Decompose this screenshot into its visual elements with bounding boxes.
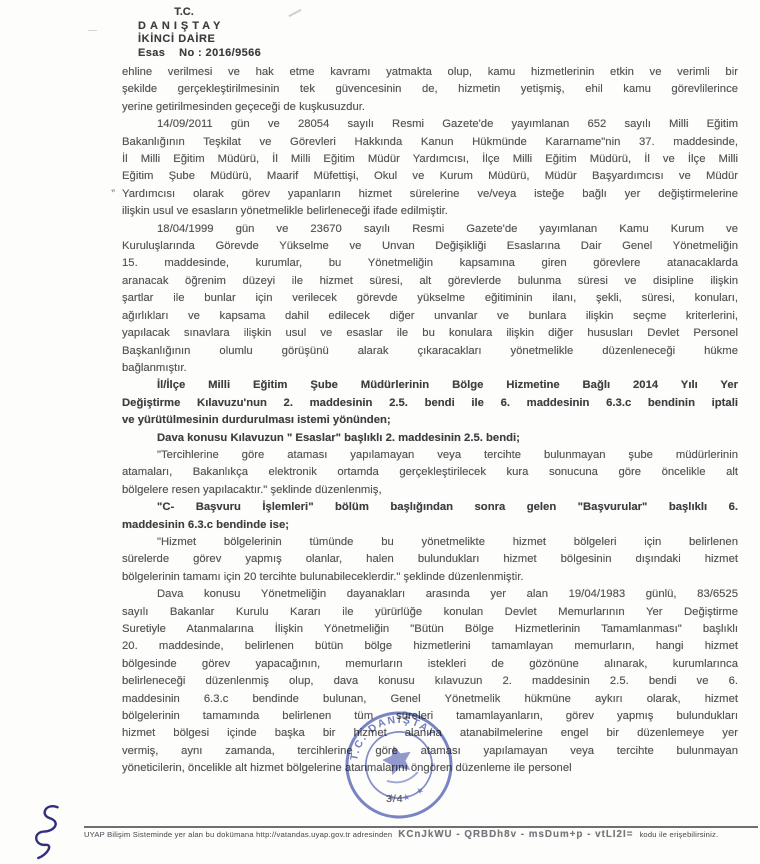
text-line: ilişkin usul ve esasların yönetmelikle b…: [122, 203, 738, 220]
text-line: ağırlıkları ve kapsama dahil edilecek di…: [122, 308, 738, 325]
text-line: 15. maddesinde, kurumlar, bu Yönetmeliği…: [122, 255, 738, 272]
page-number: 3/4: [386, 793, 404, 805]
text-line: 14/09/2011 gün ve 28054 sayılı Resmi Gaz…: [122, 116, 738, 133]
text-line: aranacak öğrenim düzeyi ile hizmet süres…: [122, 273, 738, 290]
text-line: Kuruluşlarında Görevde Yükselme ve Unvan…: [122, 238, 738, 255]
footer-access-codes: KCnJkWU - QRBDh8v - msDum+p - vtLI2I=: [398, 829, 633, 840]
text-line: ehline verilmesi ve hak etme kavramı yat…: [122, 64, 738, 81]
text-line: yerine getirilmesinden geçeceği de kuşku…: [122, 99, 738, 116]
text-line: şekilde gerçekleştirilmesinin tek güvenc…: [122, 81, 738, 98]
text-line: "Tercihlerine göre ataması yapılamayan v…: [122, 447, 738, 464]
text-line: Dava konusu Yönetmeliğin dayanakları ara…: [122, 586, 738, 603]
text-line: Yardımcısı olarak görev yapanların hizme…: [122, 186, 738, 203]
text-line: Değiştirme Kılavuzu'nun 2. maddesinin 2.…: [122, 395, 738, 412]
text-line: şartlar ile bunlar için verilecek görevd…: [122, 290, 738, 307]
document-body: ehline verilmesi ve hak etme kavramı yat…: [122, 64, 738, 778]
footer-access-sentence: UYAP Bilişim Sisteminde yer alan bu dokü…: [84, 830, 392, 839]
pen-mark: ”: [111, 188, 117, 201]
document-header: T.C. DANIŞTAY İKİNCİ DAİRE Esas No : 201…: [138, 6, 258, 60]
text-line: ve yürütülmesinin durdurulması istemi yö…: [122, 412, 738, 429]
stamp-crescent-icon: [387, 772, 419, 786]
header-court: DANIŞTAY: [138, 20, 258, 34]
official-stamp: T.C. DANIŞTAY ★ ★ ★: [323, 689, 475, 841]
text-line: yapılacak sınavlara ilişkin usul ve esas…: [122, 325, 738, 342]
scan-artifact: [88, 30, 97, 31]
footer-access-suffix: kodu ile erişebilirsiniz.: [639, 830, 718, 839]
text-line: Suretiyle Atanmalarına İlişkin Yönetmeli…: [122, 621, 738, 638]
text-line: "C- Başvuru İşlemleri" bölüm başlığından…: [122, 499, 738, 516]
header-case-no: Esas No : 2016/9566: [138, 47, 258, 61]
text-line: Başkanlığının olumlu görüşünü alarak çık…: [122, 343, 738, 360]
text-line: İl Milli Eğitim Müdürü, İl Milli Eğitim …: [122, 151, 738, 168]
text-line: atamaları, Bakanlıkça elektronik ortamda…: [122, 464, 738, 481]
text-line: bağlanmıştır.: [122, 360, 738, 377]
text-line: 18/04/1999 gün ve 23670 sayılı Resmi Gaz…: [122, 221, 738, 238]
text-line: bölgesinde görev yapacağının, memurların…: [122, 656, 738, 673]
text-line: sürelerde görev yapmış olanlar, halen bu…: [122, 551, 738, 568]
text-line: belirleneceği düzenlenmiş olup, dava kon…: [122, 673, 738, 690]
footer-rule: [84, 826, 758, 828]
text-line: Eğitim Şube Müdürü, Maarif Müfettişi, Ok…: [122, 168, 738, 185]
text-line: 20. maddesinde, belirlenen bütün bölge h…: [122, 638, 738, 655]
text-line: bölgelere resen yapılacaktır." şeklinde …: [122, 482, 738, 499]
text-line: bölgelerinin tamamı için 20 tercihte bul…: [122, 569, 738, 586]
header-chamber: İKİNCİ DAİRE: [138, 33, 258, 47]
text-line: İl/İlçe Milli Eğitim Şube Müdürlerinin B…: [122, 377, 738, 394]
document-page: T.C. DANIŞTAY İKİNCİ DAİRE Esas No : 201…: [0, 0, 760, 864]
text-line: Bakanlığının Teşkilat ve Görevleri Hakkı…: [122, 134, 738, 151]
scan-artifact: [288, 9, 301, 17]
text-line: Dava konusu Kılavuzun " Esaslar" başlıkl…: [122, 430, 738, 447]
text-line: "Hizmet bölgelerinin tümünde bu yönetmel…: [122, 534, 738, 551]
footer-text: UYAP Bilişim Sisteminde yer alan bu dokü…: [84, 829, 760, 840]
header-tc: T.C.: [138, 6, 230, 20]
stamp-star-icon: [379, 742, 415, 777]
text-line: sayılı Bakanlar Kurulu Kararı ile yürürl…: [122, 604, 738, 621]
signature-squiggle-icon: [20, 799, 74, 864]
text-line: maddesinin 6.3.c bendinde ise;: [122, 517, 738, 534]
